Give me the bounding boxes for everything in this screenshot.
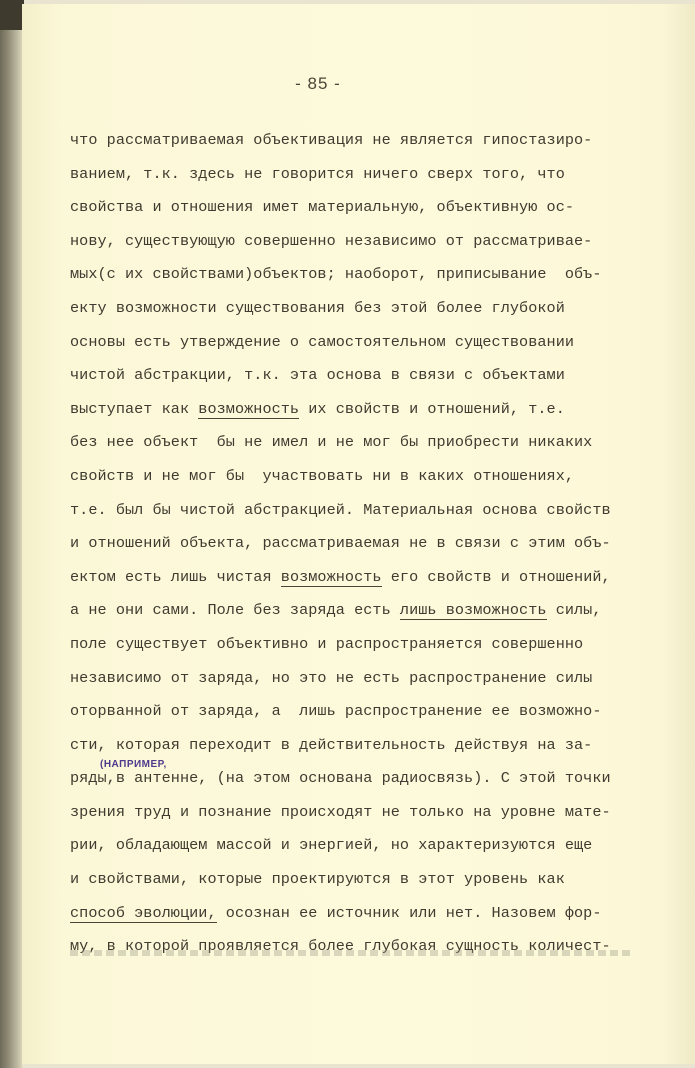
text-line: что рассматриваемая объективация не явля… [70, 124, 690, 158]
text-segment: свойств и не мог бы участвовать ни в как… [70, 467, 574, 485]
text-line: ектом есть лишь чистая возможность его с… [70, 561, 690, 595]
text-segment: выступает как [70, 400, 198, 418]
text-line: ванием, т.к. здесь не говорится ничего с… [70, 158, 690, 192]
text-segment: ванием, т.к. здесь не говорится ничего с… [70, 165, 565, 183]
text-segment: зрения труд и познание происходят не тол… [70, 803, 611, 821]
text-line: свойств и не мог бы участвовать ни в как… [70, 460, 690, 494]
text-segment: ектом есть лишь чистая [70, 568, 281, 586]
text-line: чистой абстракции, т.к. эта основа в свя… [70, 359, 690, 393]
binding-shadow [0, 0, 24, 30]
text-line: основы есть утверждение о самостоятельно… [70, 326, 690, 360]
text-segment: рии, обладающем массой и энергией, но ха… [70, 836, 592, 854]
text-line: оторванной от заряда, а лишь распростран… [70, 695, 690, 729]
text-line: выступает как возможность их свойств и о… [70, 393, 690, 427]
text-segment: мых(с их свойствами)объектов; наоборот, … [70, 265, 602, 283]
text-segment: нову, существующую совершенно независимо… [70, 232, 592, 250]
text-line: т.е. был бы чистой абстракцией. Материал… [70, 494, 690, 528]
text-segment: т.е. был бы чистой абстракцией. Материал… [70, 501, 611, 519]
text-line: независимо от заряда, но это не есть рас… [70, 662, 690, 696]
text-segment: а не они сами. Поле без заряда есть [70, 601, 400, 619]
bleed-through-text [70, 950, 630, 956]
text-line: а не они сами. Поле без заряда есть лишь… [70, 594, 690, 628]
text-segment: чистой абстракции, т.к. эта основа в свя… [70, 366, 565, 384]
text-segment: екту возможности существования без этой … [70, 299, 565, 317]
text-line: зрения труд и познание происходят не тол… [70, 796, 690, 830]
text-segment: оторванной от заряда, а лишь распростран… [70, 702, 602, 720]
text-line: екту возможности существования без этой … [70, 292, 690, 326]
underlined-phrase: способ эволюции, [70, 904, 217, 923]
text-line: рии, обладающем массой и энергией, но ха… [70, 829, 690, 863]
text-line: нову, существующую совершенно независимо… [70, 225, 690, 259]
text-segment: без нее объект бы не имел и не мог бы пр… [70, 433, 592, 451]
text-segment: независимо от заряда, но это не есть рас… [70, 669, 592, 687]
text-line: без нее объект бы не имел и не мог бы пр… [70, 426, 690, 460]
text-segment: осознан ее источник или нет. Назовем фор… [217, 904, 602, 922]
page-number: - 85 - [258, 74, 378, 94]
text-line: способ эволюции, осознан ее источник или… [70, 897, 690, 931]
text-segment: основы есть утверждение о самостоятельно… [70, 333, 574, 351]
handwritten-annotation: (НАПРИМЕР, [100, 748, 167, 782]
text-line: и свойствами, которые проектируются в эт… [70, 863, 690, 897]
text-line: поле существует объективно и распростран… [70, 628, 690, 662]
underlined-phrase: лишь возможность [400, 601, 547, 620]
text-line: му, в которой проявляется более глубокая… [70, 930, 690, 964]
text-segment: поле существует объективно и распростран… [70, 635, 583, 653]
book-binding-edge [0, 0, 22, 1068]
text-segment: силы, [547, 601, 602, 619]
text-segment: и отношений объекта, рассматриваемая не … [70, 534, 611, 552]
text-line: (НАПРИМЕР,ряды,в антенне, (на этом основ… [70, 762, 690, 796]
text-segment: и свойствами, которые проектируются в эт… [70, 870, 565, 888]
underlined-phrase: возможность [281, 568, 382, 587]
text-segment: что рассматриваемая объективация не явля… [70, 131, 592, 149]
text-segment: свойства и отношения имет материальную, … [70, 198, 574, 216]
underlined-phrase: возможность [198, 400, 299, 419]
text-line: мых(с их свойствами)объектов; наоборот, … [70, 258, 690, 292]
text-segment: его свойств и отношений, [382, 568, 611, 586]
page-body-text: что рассматриваемая объективация не явля… [70, 124, 690, 964]
text-line: свойства и отношения имет материальную, … [70, 191, 690, 225]
text-segment: их свойств и отношений, т.е. [299, 400, 565, 418]
text-line: и отношений объекта, рассматриваемая не … [70, 527, 690, 561]
typescript-page: - 85 - что рассматриваемая объективация … [22, 4, 695, 1064]
